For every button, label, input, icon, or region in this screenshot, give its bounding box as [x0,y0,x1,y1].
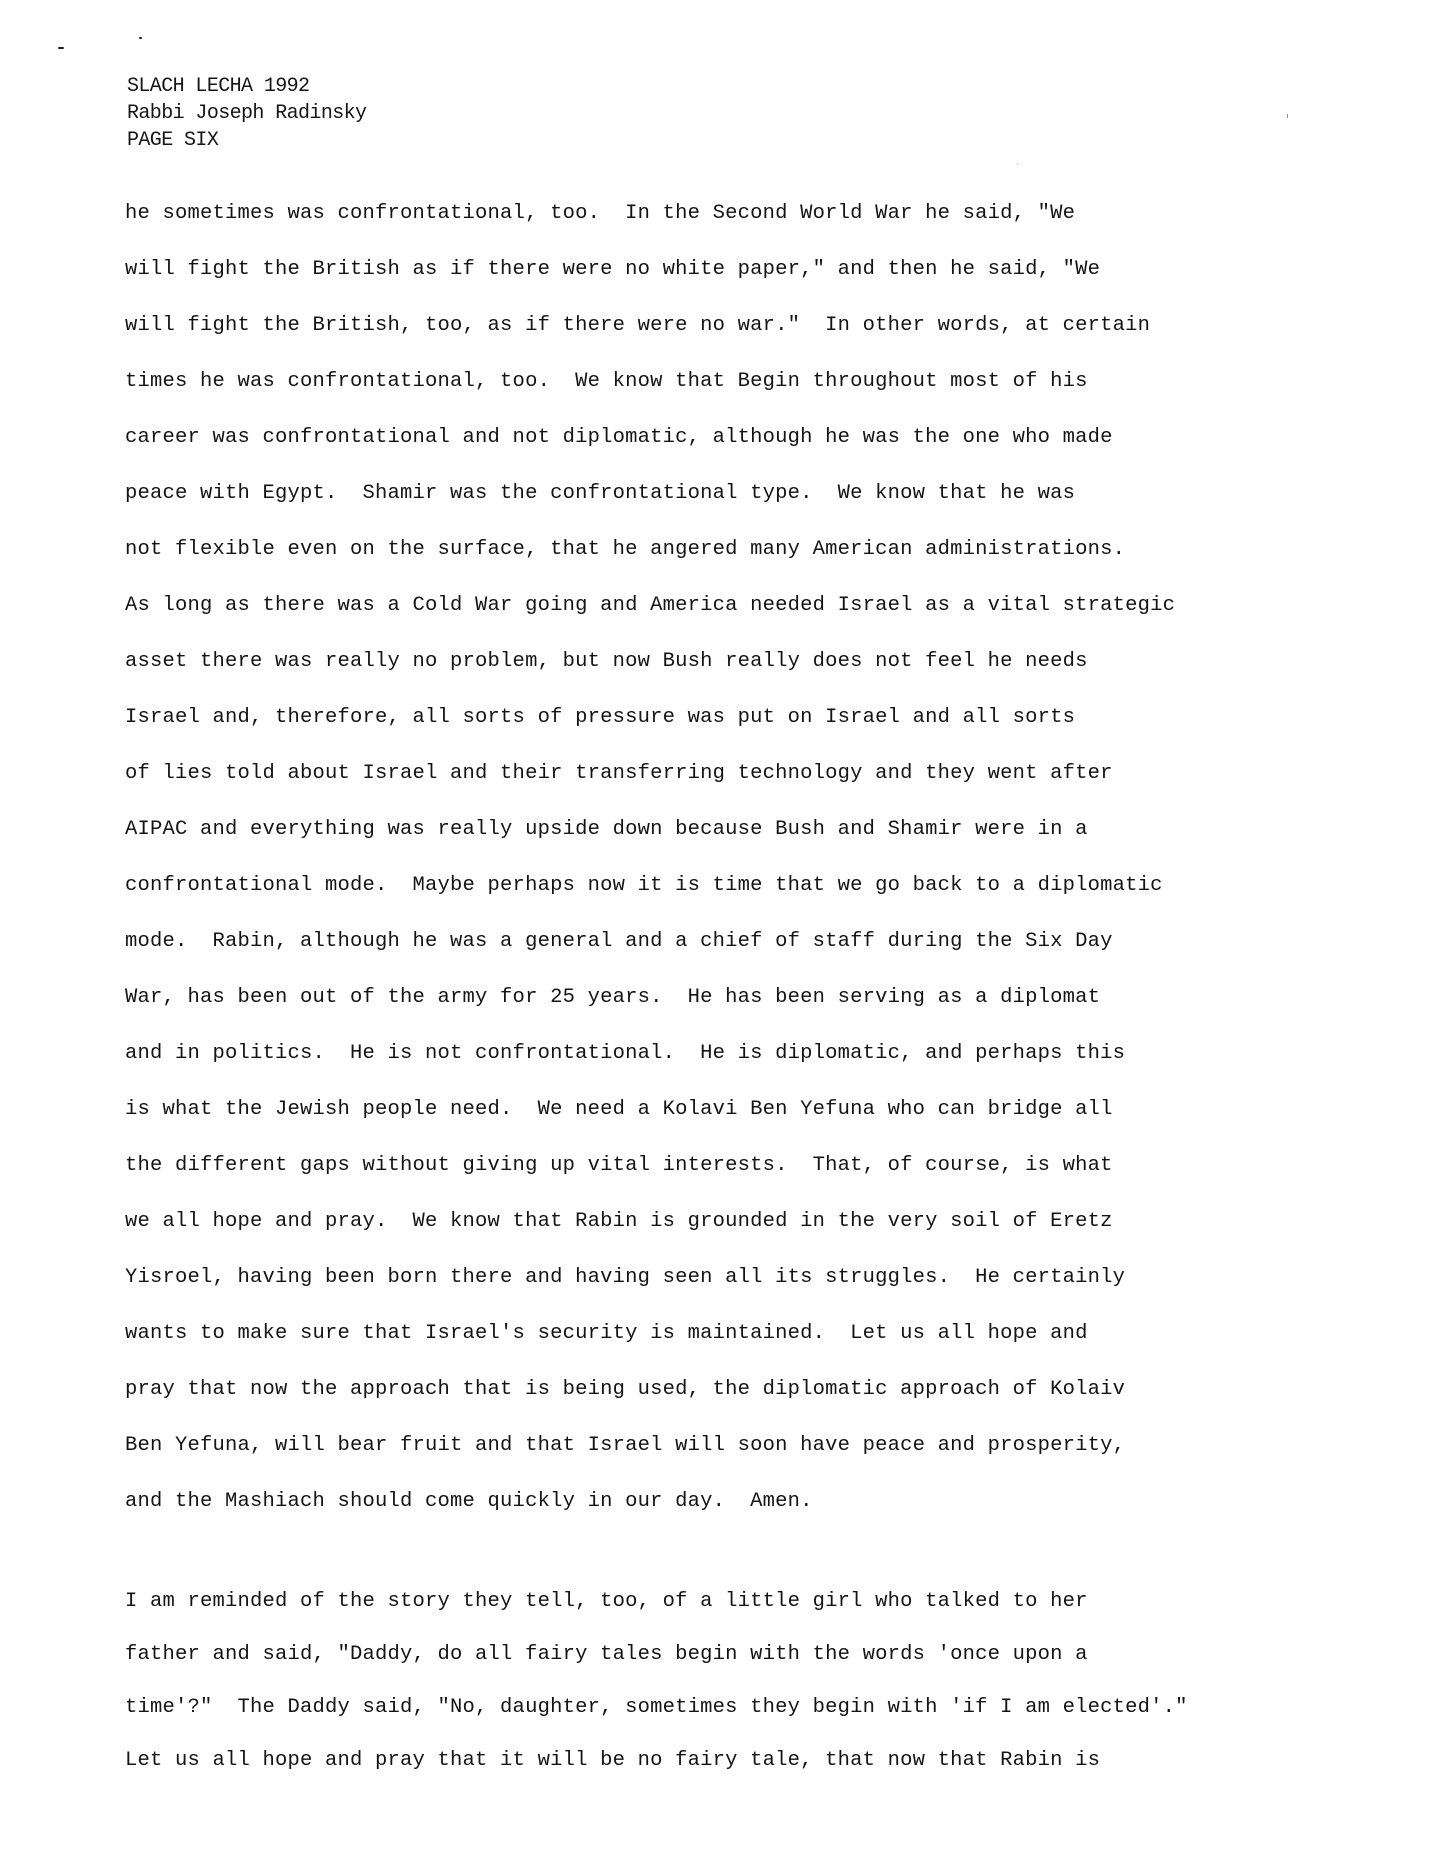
text-line: asset there was really no problem, but n… [125,634,1325,690]
scan-speck [1287,114,1288,118]
text-line: not flexible even on the surface, that h… [125,522,1325,578]
text-line: As long as there was a Cold War going an… [125,578,1325,634]
text-line: Let us all hope and pray that it will be… [125,1733,1325,1786]
text-line: we all hope and pray. We know that Rabin… [125,1194,1325,1250]
text-line: time'?" The Daddy said, "No, daughter, s… [125,1680,1325,1733]
document-title: SLACH LECHA 1992 [127,73,366,100]
text-line: peace with Egypt. Shamir was the confron… [125,466,1325,522]
text-line: mode. Rabin, although he was a general a… [125,914,1325,970]
text-line: the different gaps without giving up vit… [125,1138,1325,1194]
text-line: he sometimes was confrontational, too. I… [125,186,1325,242]
text-line: I am reminded of the story they tell, to… [125,1574,1325,1627]
document-header: SLACH LECHA 1992 Rabbi Joseph Radinsky P… [127,73,366,154]
text-line: Israel and, therefore, all sorts of pres… [125,690,1325,746]
scan-speck [58,47,64,49]
text-line: War, has been out of the army for 25 yea… [125,970,1325,1026]
document-author: Rabbi Joseph Radinsky [127,100,366,127]
document-page: SLACH LECHA 1992 Rabbi Joseph Radinsky P… [0,0,1430,1851]
page-label: PAGE SIX [127,127,366,154]
text-line: career was confrontational and not diplo… [125,410,1325,466]
text-line: and the Mashiach should come quickly in … [125,1474,1325,1530]
text-line: pray that now the approach that is being… [125,1362,1325,1418]
paragraph: I am reminded of the story they tell, to… [125,1574,1325,1786]
document-body: he sometimes was confrontational, too. I… [125,186,1325,1786]
text-line: will fight the British, too, as if there… [125,298,1325,354]
text-line: Yisroel, having been born there and havi… [125,1250,1325,1306]
text-line: and in politics. He is not confrontation… [125,1026,1325,1082]
text-line: of lies told about Israel and their tran… [125,746,1325,802]
text-line: confrontational mode. Maybe perhaps now … [125,858,1325,914]
text-line: AIPAC and everything was really upside d… [125,802,1325,858]
text-line: times he was confrontational, too. We kn… [125,354,1325,410]
text-line: Ben Yefuna, will bear fruit and that Isr… [125,1418,1325,1474]
scan-speck [139,37,142,39]
paragraph: he sometimes was confrontational, too. I… [125,186,1325,1530]
text-line: father and said, "Daddy, do all fairy ta… [125,1627,1325,1680]
text-line: will fight the British as if there were … [125,242,1325,298]
text-line: wants to make sure that Israel's securit… [125,1306,1325,1362]
text-line: is what the Jewish people need. We need … [125,1082,1325,1138]
scan-speck [1017,163,1018,164]
